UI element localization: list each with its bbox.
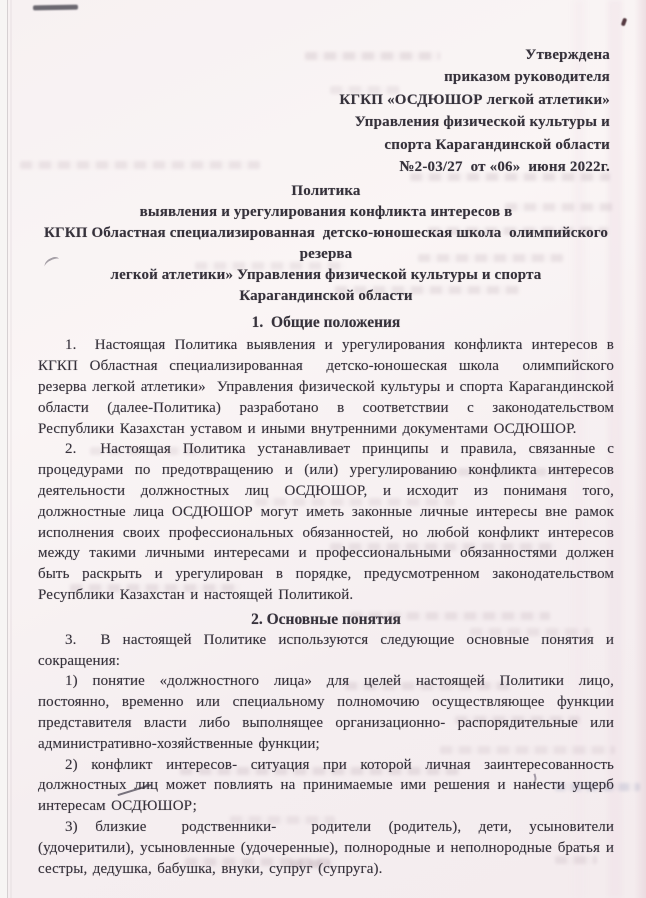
- approval-line: Управления физической культуры и: [38, 111, 610, 133]
- section-2-heading: 2. Основные понятия: [38, 609, 614, 630]
- document-title: Политика выявления и урегулирования конф…: [38, 181, 614, 307]
- body-paragraph: 2) конфликт интересов- ситуация при кото…: [38, 755, 614, 817]
- ink-speck: [621, 18, 627, 27]
- scan-tint-band: [634, 0, 646, 898]
- scanned-document-page: Утверждена приказом руководителя КГКП «О…: [0, 0, 646, 898]
- body-paragraph: 1. Настоящая Политика выявления и урегул…: [38, 335, 614, 439]
- scanner-edge-line: [10, 0, 12, 898]
- approval-line: спорта Карагандинской области: [38, 134, 610, 156]
- section-1-heading: 1. Общие положения: [38, 312, 614, 333]
- document-content: Утверждена приказом руководителя КГКП «О…: [38, 0, 614, 879]
- title-line: легкой атлетики» Управления физической к…: [38, 265, 614, 286]
- title-line: Карагандинской области: [38, 286, 614, 307]
- body-paragraph: 2. Настоящая Политика устанавливает прин…: [38, 439, 614, 605]
- approval-line: приказом руководителя: [38, 66, 610, 88]
- title-line: Политика: [38, 181, 614, 202]
- approval-line: КГКП «ОСДЮШОР легкой атлетики»: [38, 89, 610, 111]
- approval-block: Утверждена приказом руководителя КГКП «О…: [38, 44, 610, 178]
- scanner-edge: [0, 0, 8, 898]
- body-paragraph: 1) понятие «должностного лица» для целей…: [38, 671, 614, 754]
- body-paragraph: 3) близкие родственники- родители (родит…: [38, 817, 614, 879]
- body-paragraph: 3. В настоящей Политике используются сле…: [38, 630, 614, 672]
- approval-line: Утверждена: [38, 44, 610, 66]
- title-line: КГКП Областная специализированная детско…: [38, 223, 614, 265]
- title-line: выявления и урегулирования конфликта инт…: [38, 202, 614, 223]
- approval-line: №2-03/27 от «06» июня 2022г.: [38, 156, 610, 178]
